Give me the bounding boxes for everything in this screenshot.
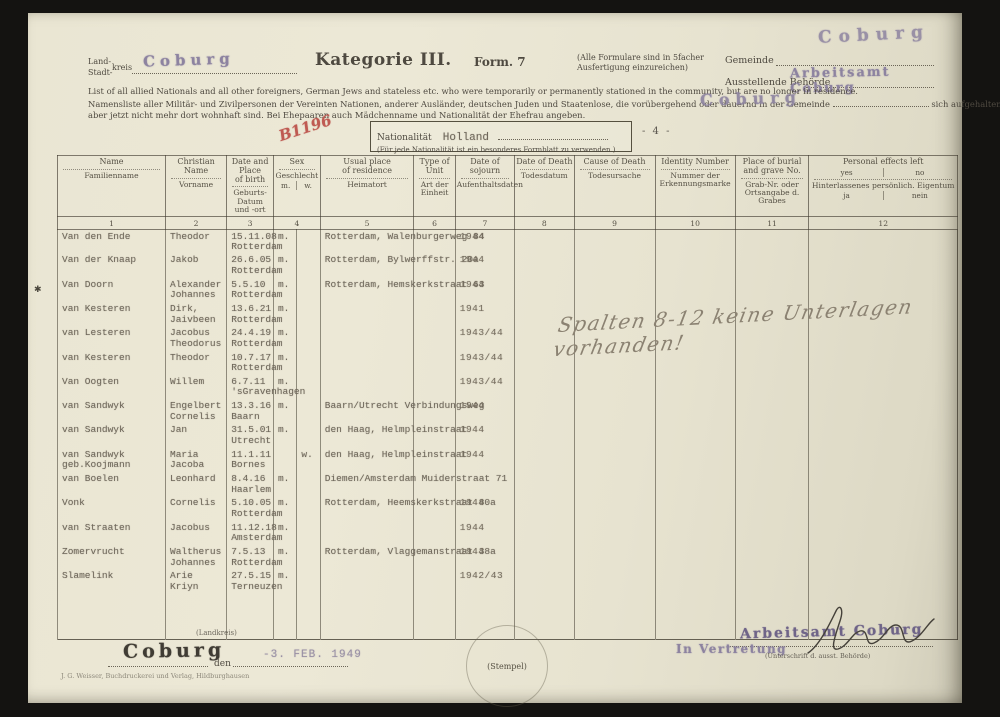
intro-line-de: Namensliste aller Militär- und Zivilpers… — [88, 98, 962, 111]
printer-note: J. G. Weisser, Buchdruckerei und Verlag,… — [61, 672, 249, 680]
gemeinde-label: Gemeinde — [725, 55, 774, 66]
coburg-stamp-top-right: Coburg — [818, 22, 931, 48]
gemeinde-blank-line — [833, 98, 929, 107]
col-header-effects: Personal effects left yesno Hinterlassen… — [809, 156, 958, 217]
coburg-stamp-gemeinde: Coburg — [700, 87, 802, 110]
col-header-death-cause: Cause of DeathTodesursache — [574, 156, 655, 217]
col-header-birth: Date and Place of birthGeburts-Datum und… — [227, 156, 274, 217]
handwritten-signature — [800, 603, 940, 663]
table-row: van StraatenJacobus 11.12.18 Amsterdamm.… — [58, 521, 958, 545]
place-dotted-line — [108, 658, 208, 667]
nationality-value: Holland — [443, 132, 489, 144]
nationality-note: (Für jede Nationalität ist ein besondere… — [377, 146, 625, 154]
col-header-identity: Identity NumberNummer der Erkennungsmark… — [655, 156, 735, 217]
circular-seal-stamp: (Stempel) — [466, 625, 548, 707]
intro-de-suffix: sich aufgehalten haben, — [931, 99, 1000, 109]
kreis-coburg-stamp: Coburg — [143, 49, 235, 70]
col-header-unit: Type of UnitArt der Einheit — [414, 156, 455, 217]
copies-note: (Alle Formulare sind in 5facher Ausferti… — [577, 53, 727, 72]
col-header-christian-name: Christian NameVorname — [166, 156, 227, 217]
intro-line-en: List of all allied Nationals and all oth… — [88, 86, 962, 98]
table-row: Van der KnaapJakob 26.6.05 Rotterdamm. R… — [58, 253, 958, 277]
table-row: van SandwykEngelbert Cornelis 13.3.16 Ba… — [58, 399, 958, 423]
table-row: SlamelinkArie Kriyn 27.5.15 Terneuzenm. … — [58, 569, 958, 593]
date-dotted-line — [233, 658, 348, 667]
table-row: VonkCornelis 5.10.05 Rotterdamm. Rotterd… — [58, 496, 958, 520]
col-header-sex: SexGeschlecht m.w. — [273, 156, 320, 217]
margin-mark: ✱ — [34, 285, 42, 295]
nationality-box: Nationalität Holland (Für jede Nationali… — [370, 121, 632, 152]
col-header-death-date: Date of DeathTodesdatum — [515, 156, 574, 217]
col-header-residence: Usual place of residenceHeimatort — [320, 156, 414, 217]
den-label: den — [214, 659, 231, 669]
table-row: van SandwykJan 31.5.01 Utrechtm. den Haa… — [58, 423, 958, 447]
form-number: Form. 7 — [474, 55, 526, 69]
page-title: Kategorie III. — [315, 50, 452, 70]
persons-table: NameFamilienname Christian NameVorname D… — [57, 155, 958, 640]
table-row: ZomervruchtWaltherus Johannes 7.5.13 Rot… — [58, 545, 958, 569]
nationality-dotted-line — [498, 131, 608, 140]
scanned-form-page: Coburg Land- Stadt- kreis Coburg Kategor… — [28, 13, 962, 703]
table-row: van BoelenLeonhard 8.4.16 Haarlemm. Diem… — [58, 472, 958, 496]
col-header-sojourn: Date of sojournAufenthaltsdaten — [455, 156, 514, 217]
table-row: van Sandwyk geb.KoojmannMaria Jacoba 11.… — [58, 448, 958, 472]
table-header-row: NameFamilienname Christian NameVorname D… — [58, 156, 958, 217]
col-header-name: NameFamilienname — [58, 156, 166, 217]
nationality-label: Nationalität — [377, 133, 432, 143]
landkreis-label: (Landkreis) — [196, 629, 237, 637]
intro-paragraph: List of all allied Nationals and all oth… — [88, 86, 962, 122]
column-number-row: 12 34 56 78 910 1112 — [58, 216, 958, 229]
land-label: Land- — [88, 57, 111, 67]
col-header-grave: Place of burial and grave No.Grab-Nr. od… — [735, 156, 809, 217]
seal-label: (Stempel) — [487, 662, 527, 671]
table-row: Van den EndeTheodor 15.11.08 Rotterdamm.… — [58, 229, 958, 253]
table-row: Van OogtenWillem 6.7.11 'sGravenhagenm. … — [58, 375, 958, 399]
kreis-label: kreis — [112, 63, 132, 73]
stadt-label: Stadt- — [88, 68, 113, 78]
table-row: van KesterenTheodor 10.7.17 Rotterdamm. … — [58, 351, 958, 375]
page-number: - 4 - — [642, 126, 671, 137]
